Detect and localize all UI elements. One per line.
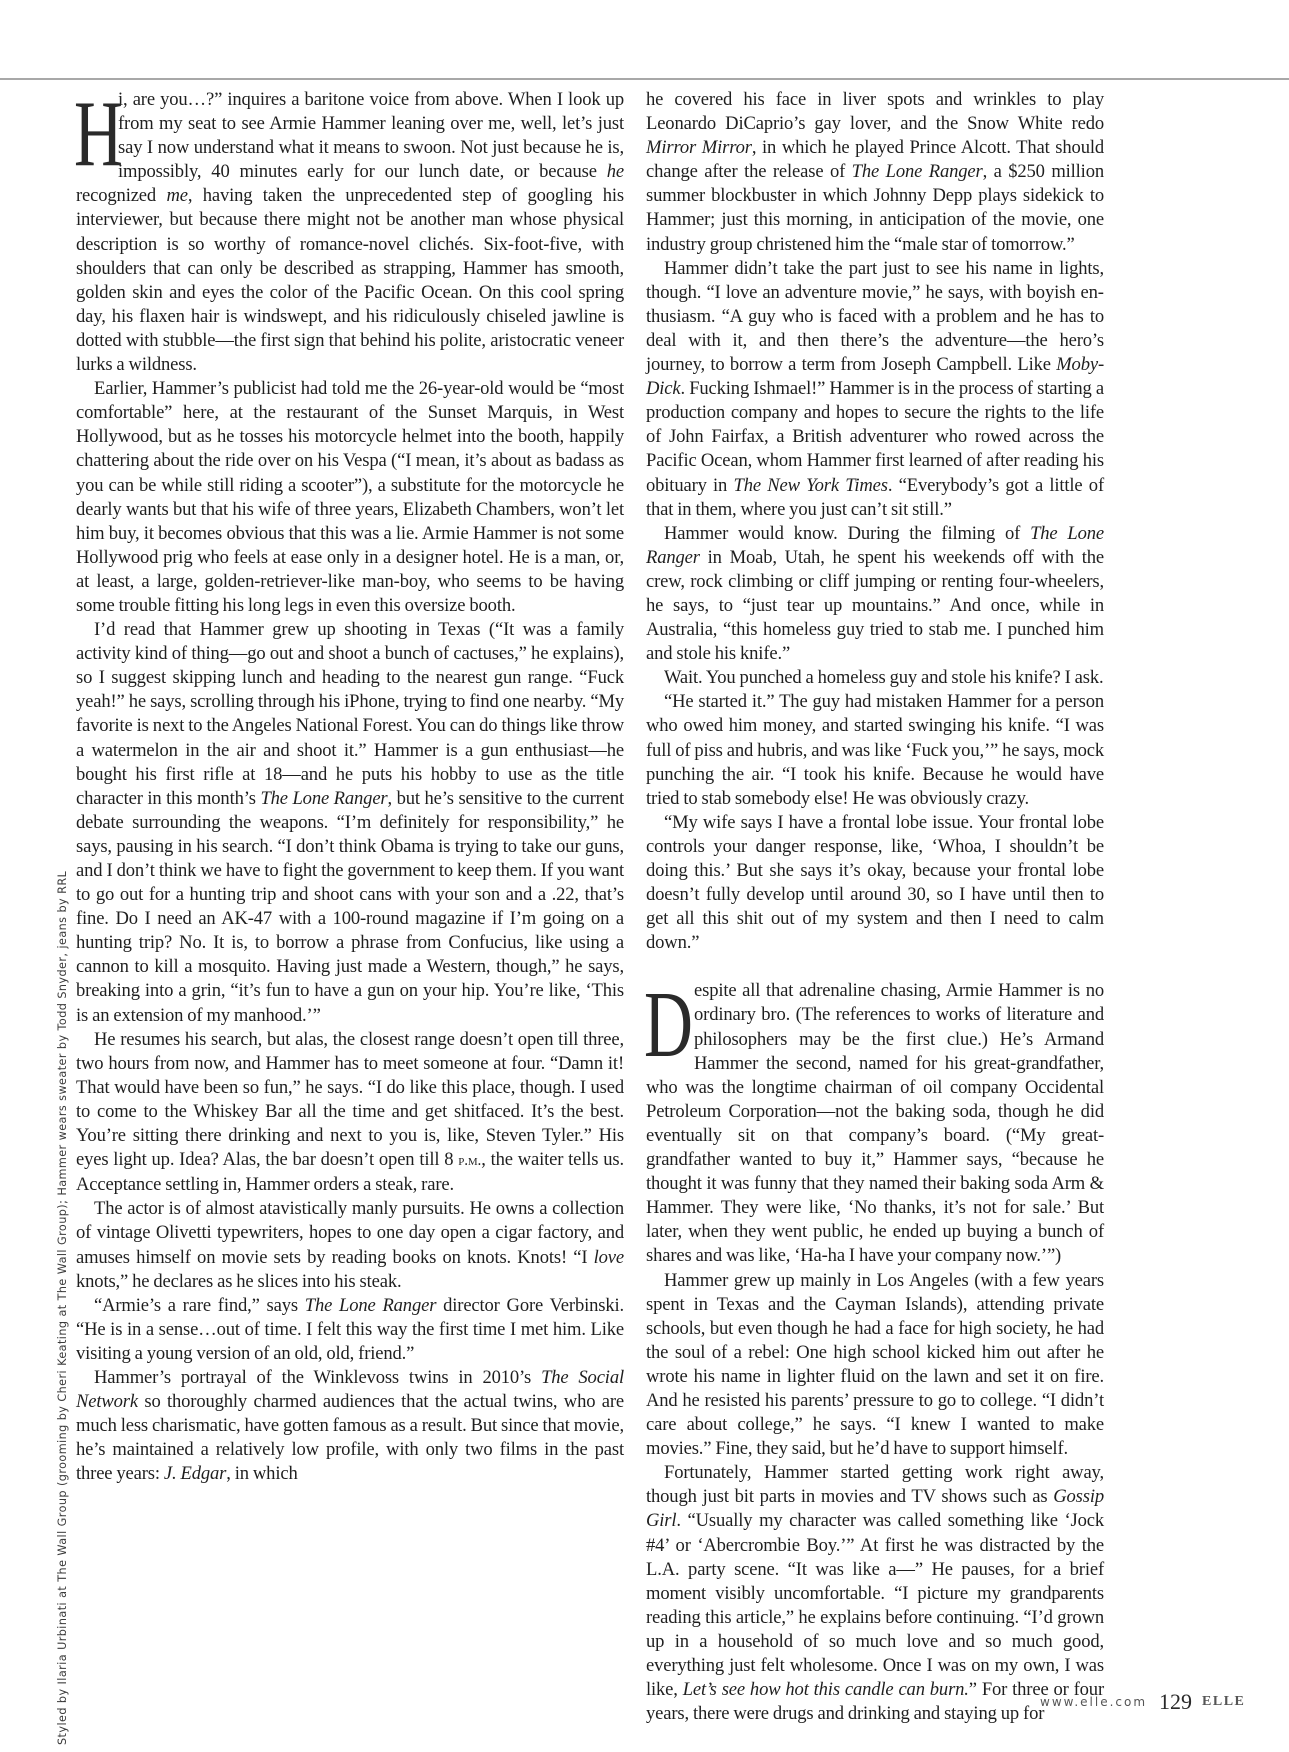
text-run: , but he’s sensitive to the current de­b… [76, 788, 624, 1026]
text-run: “My wife says I have a frontal lobe issu… [646, 812, 1104, 953]
article-paragraph: Hammer’s portrayal of the Winklevoss twi… [76, 1366, 624, 1486]
footer-url: www.elle.com [1040, 1695, 1147, 1709]
text-run: me [166, 185, 187, 206]
text-run: espite all that adrenaline chasing, Armi… [646, 980, 1104, 1266]
article-column-right: he covered his face in liver spots and w… [646, 88, 1104, 1726]
text-run: so thoroughly charmed audiences that the… [76, 1391, 624, 1484]
text-run: Mirror Mirror [646, 137, 752, 158]
article-paragraph: “He started it.” The guy had mistaken Ha… [646, 690, 1104, 810]
text-run: I’d read that Hammer grew up shooting in… [76, 619, 624, 809]
photo-styling-credit: Styled by Ilaria Urbinati at The Wall Gr… [56, 871, 69, 1745]
text-run: i, are you…?” inquires a baritone voice … [118, 89, 624, 182]
article-paragraph: Wait. You punched a homeless guy and sto… [646, 666, 1104, 690]
text-run: , having taken the unprecedented step of… [76, 185, 624, 375]
text-run: recognized [76, 185, 166, 206]
text-run: “Armie’s a rare find,” says [94, 1295, 305, 1316]
article-paragraph: Hammer grew up mainly in Los Angeles (wi… [646, 1269, 1104, 1462]
article-paragraph: “Armie’s a rare find,” says The Lone Ran… [76, 1294, 624, 1366]
article-paragraph: Hammer would know. During the filming of… [646, 522, 1104, 667]
text-run: The New York Times [734, 475, 888, 496]
text-run: The Lone Ranger [852, 161, 983, 182]
text-run: Wait. You punched a homeless guy and sto… [664, 667, 1103, 688]
text-run: knots,” he declares as he slices into hi… [76, 1271, 401, 1292]
magazine-logo: ELLE [1202, 1694, 1245, 1709]
article-paragraph: Hi, are you…?” inquires a baritone voice… [76, 88, 624, 377]
text-run: love [594, 1247, 624, 1268]
text-run: Let’s see how hot this candle can burn. [683, 1679, 969, 1700]
text-run: he [607, 161, 624, 182]
article-paragraph: “My wife says I have a frontal lobe issu… [646, 811, 1104, 956]
text-run: Hammer didn’t take the part just to see … [646, 258, 1104, 375]
article-column-left: Hi, are you…?” inquires a baritone voice… [76, 88, 624, 1486]
drop-cap: H [74, 92, 101, 184]
article-paragraph: Earlier, Hammer’s publicist had told me … [76, 377, 624, 618]
text-run: he covered his face in liver spots and w… [646, 89, 1104, 134]
article-paragraph: The actor is of almost atavistically man… [76, 1197, 624, 1293]
article-paragraph: Hammer didn’t take the part just to see … [646, 257, 1104, 522]
drop-cap: D [644, 983, 676, 1075]
text-run: Earlier, Hammer’s publicist had told me … [76, 378, 624, 616]
text-run: The Lone Ranger [305, 1295, 437, 1316]
article-paragraph: Despite all that adrenaline chasing, Arm… [646, 979, 1104, 1268]
text-run: Hammer’s portrayal of the Winklevoss twi… [94, 1367, 541, 1388]
text-run: , in which [226, 1463, 297, 1484]
article-paragraph: he covered his face in liver spots and w… [646, 88, 1104, 257]
text-run: J. Edgar [164, 1463, 226, 1484]
text-run: The actor is of almost atavistically man… [76, 1198, 624, 1267]
article-paragraph: I’d read that Hammer grew up shooting in… [76, 618, 624, 1028]
text-run: p.m. [458, 1152, 481, 1169]
text-run: . “Usu­ally my character was called some… [646, 1510, 1104, 1700]
header-divider [0, 78, 1289, 80]
text-run: Hammer grew up mainly in Los Angeles (wi… [646, 1270, 1104, 1460]
article-paragraph: He resumes his search, but alas, the clo… [76, 1028, 624, 1198]
article-paragraph: Fortunately, Hammer started getting work… [646, 1461, 1104, 1726]
text-run: The Lone Ranger [260, 788, 387, 809]
text-run: “He started it.” The guy had mistaken Ha… [646, 691, 1104, 808]
text-run: Hammer would know. During the filming of [664, 523, 1030, 544]
text-run: in Moab, Utah, he spent his weekends off… [646, 547, 1104, 664]
page-footer: www.elle.com 129 ELLE [1040, 1689, 1245, 1715]
text-run: Fortunately, Hammer started getting work… [646, 1462, 1104, 1507]
page-number: 129 [1159, 1689, 1192, 1714]
